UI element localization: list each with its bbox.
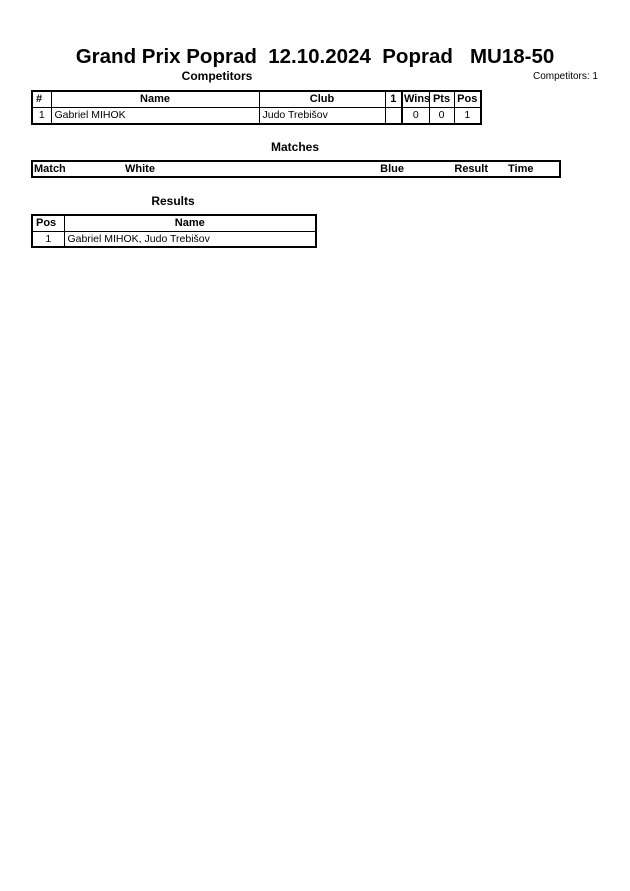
col-header-pos: Pos xyxy=(454,91,481,107)
page-title: Grand Prix Poprad 12.10.2024 Poprad MU18… xyxy=(0,45,630,69)
col-header-name: Name xyxy=(51,91,259,107)
competitors-header-row: # Name Club 1 Wins Pts Pos xyxy=(32,91,481,107)
results-header-row: Pos Name xyxy=(32,215,316,231)
col-header-opponent-1: 1 xyxy=(385,91,402,107)
competitor-vs-1 xyxy=(385,107,402,124)
col-header-wins: Wins xyxy=(402,91,429,107)
result-pos: 1 xyxy=(32,231,64,247)
competitor-pts: 0 xyxy=(429,107,454,124)
col-header-result: Result xyxy=(418,161,502,177)
competitor-name: Gabriel MIHOK xyxy=(51,107,259,124)
col-header-blue: Blue xyxy=(192,161,418,177)
competitor-wins: 0 xyxy=(402,107,429,124)
competitor-club: Judo Trebišov xyxy=(259,107,385,124)
col-header-pts: Pts xyxy=(429,91,454,107)
table-row: 1 Gabriel MIHOK Judo Trebišov 0 0 1 xyxy=(32,107,481,124)
col-header-time: Time xyxy=(502,161,560,177)
col-header-white: White xyxy=(92,161,192,177)
col-header-club: Club xyxy=(259,91,385,107)
competitor-pos: 1 xyxy=(454,107,481,124)
result-name: Gabriel MIHOK, Judo Trebišov xyxy=(64,231,316,247)
competitors-heading: Competitors xyxy=(167,69,267,83)
col-header-num: # xyxy=(32,91,51,107)
matches-header-row: Match White Blue Result Time xyxy=(32,161,560,177)
competitors-table: # Name Club 1 Wins Pts Pos 1 Gabriel MIH… xyxy=(31,90,482,125)
col-header-match: Match xyxy=(32,161,92,177)
competitors-count: Competitors: 1 xyxy=(533,71,598,83)
competitor-num: 1 xyxy=(32,107,51,124)
results-heading: Results xyxy=(123,194,223,208)
matches-table: Match White Blue Result Time xyxy=(31,160,561,178)
col-header-pos: Pos xyxy=(32,215,64,231)
results-table: Pos Name 1 Gabriel MIHOK, Judo Trebišov xyxy=(31,214,317,248)
matches-heading: Matches xyxy=(245,140,345,154)
col-header-name: Name xyxy=(64,215,316,231)
table-row: 1 Gabriel MIHOK, Judo Trebišov xyxy=(32,231,316,247)
